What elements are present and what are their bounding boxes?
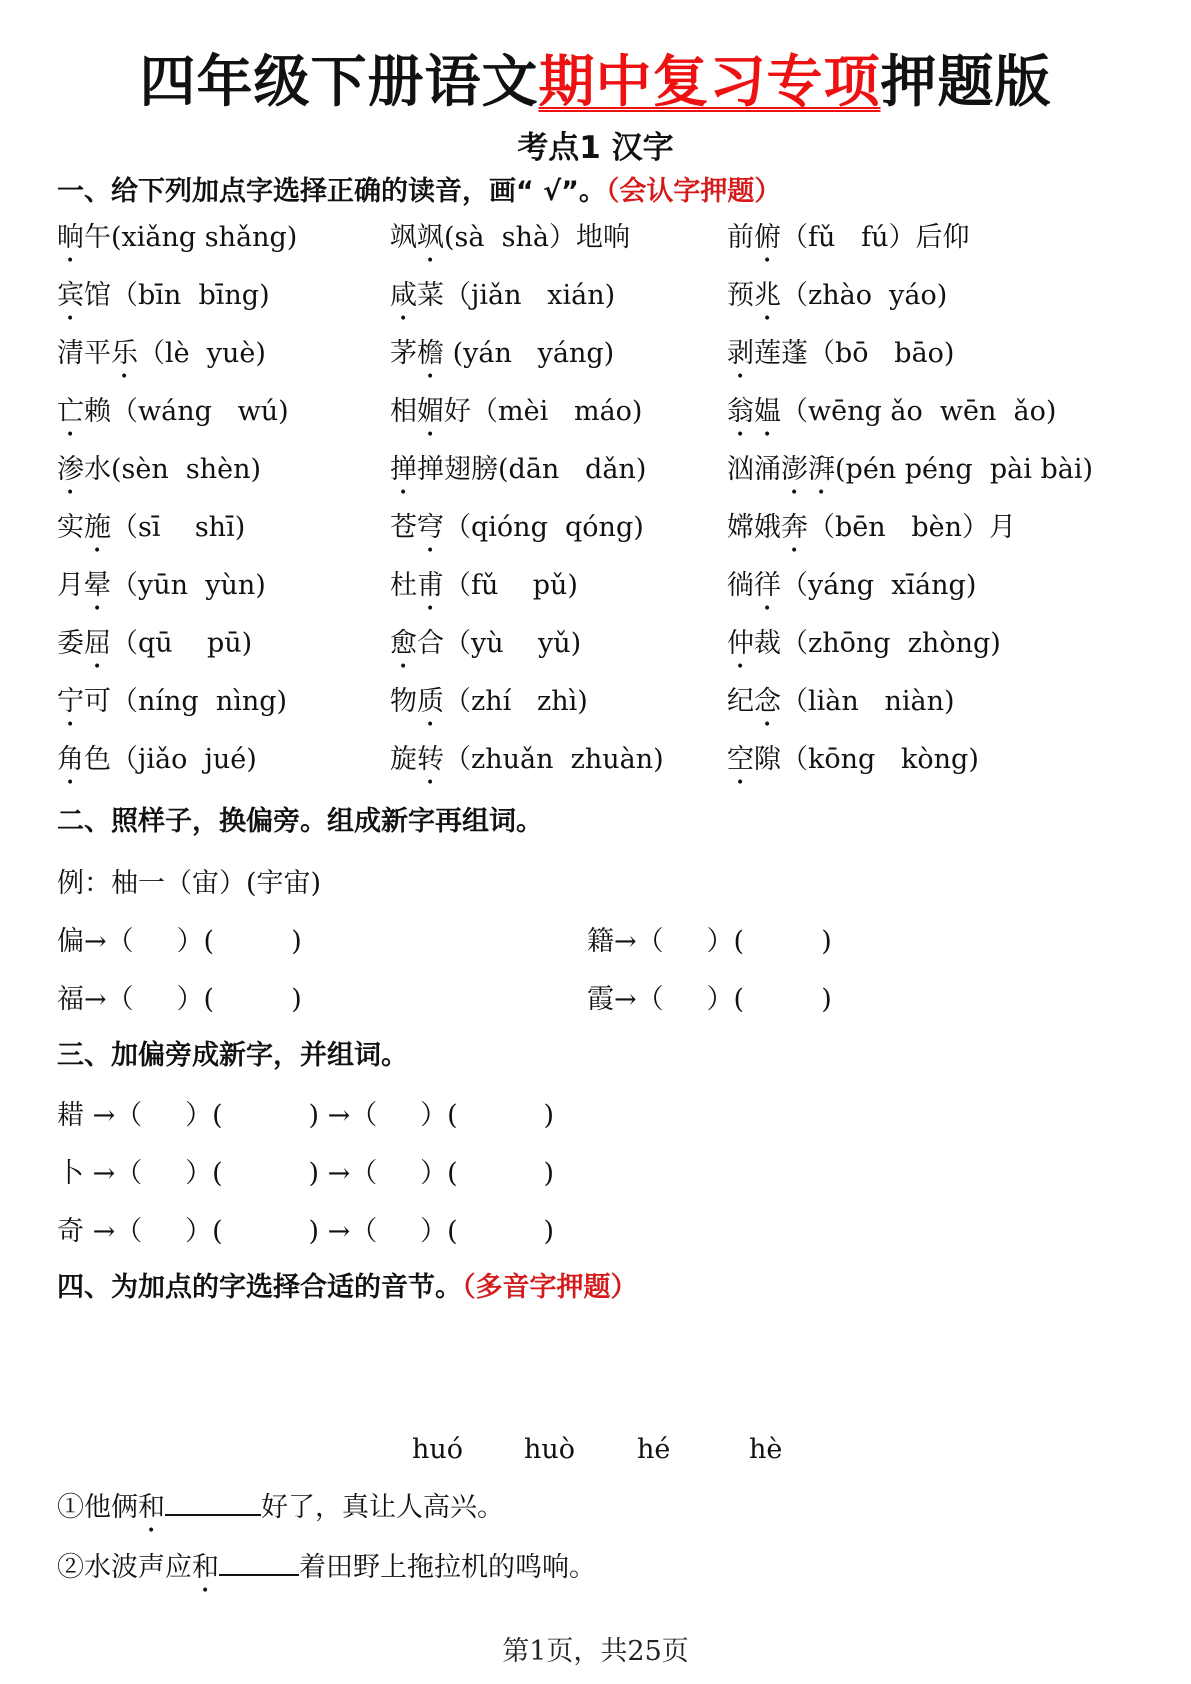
pinyin-options-text: 色（jiǎo jué) xyxy=(84,744,257,775)
pinyin-options-text: 午(xiǎng shǎng) xyxy=(84,222,297,253)
dotted-char: 愈 xyxy=(390,628,417,659)
pinyin-options-text: 隙（kōng kòng) xyxy=(754,744,979,775)
word-text: 苍 xyxy=(390,512,417,543)
section-2-heading: 二、照样子，换偏旁。组成新字再组词。 xyxy=(57,802,543,842)
pinyin-choice-item[interactable]: 宾馆（bīn bīng) xyxy=(57,270,270,327)
pinyin-choice-item[interactable]: 翁媪（wēng ǎo wēn ǎo) xyxy=(727,386,1056,443)
pinyin-choice-item[interactable]: 前俯（fǔ fú）后仰 xyxy=(727,212,970,269)
dotted-char: 翁媪 xyxy=(727,396,781,427)
pinyin-choice-item[interactable]: 宁可（níng nìng) xyxy=(57,676,287,733)
section-2-item: 霞→（ ）( ) xyxy=(587,978,832,1022)
pinyin-choice-item[interactable]: 晌午(xiǎng shǎng) xyxy=(57,212,297,269)
pinyin-options-text: （wēng ǎo wēn ǎo) xyxy=(781,396,1056,427)
answer-blank[interactable] xyxy=(219,1546,299,1576)
title-part-2: 押题版 xyxy=(881,50,1052,115)
title-part-1: 四年级下册语文 xyxy=(140,50,539,115)
sentence-text: 好了，真让人高兴。 xyxy=(261,1492,504,1523)
dotted-char: 剥 xyxy=(727,338,754,369)
pinyin-options-text: （zhuǎn zhuàn) xyxy=(444,744,664,775)
dotted-char: 施 xyxy=(84,512,111,543)
pinyin-choice-item[interactable]: 旋转（zhuǎn zhuàn) xyxy=(390,734,664,791)
pinyin-choice-item[interactable]: 空隙（kōng kòng) xyxy=(727,734,979,791)
pinyin-options-text: （qū pū) xyxy=(111,628,252,659)
pinyin-options-text: (yán yáng) xyxy=(444,338,614,369)
pinyin-choice-item[interactable]: 茅檐 (yán yáng) xyxy=(390,328,614,385)
pinyin-options-text: 掸翅膀(dān dǎn) xyxy=(417,454,646,485)
word-text: 飒 xyxy=(390,222,417,253)
pinyin-choice-item[interactable]: 相媚好（mèi máo) xyxy=(390,386,642,443)
pinyin-options-text: 裁（zhōng zhòng) xyxy=(754,628,1001,659)
dotted-char: 咸 xyxy=(390,280,417,311)
pinyin-choice-item[interactable]: 愈合（yù yǔ) xyxy=(390,618,581,675)
word-text: 徜 xyxy=(727,570,754,601)
pinyin-choice-item[interactable]: 清平乐（lè yuè) xyxy=(57,328,266,385)
pinyin-options-text: （lè yuè) xyxy=(138,338,266,369)
pinyin-options-text: 水(sèn shèn) xyxy=(84,454,261,485)
word-text: 纪 xyxy=(727,686,754,717)
word-text: 嫦娥 xyxy=(727,512,781,543)
dotted-char: 兆 xyxy=(754,280,781,311)
dotted-char: 徉 xyxy=(754,570,781,601)
pinyin-choice-item[interactable]: 角色（jiǎo jué) xyxy=(57,734,257,791)
title-highlight: 期中复习专项 xyxy=(539,50,881,115)
dotted-char: 澎湃 xyxy=(781,454,835,485)
pinyin-choice-row: 月晕（yūn yùn)杜甫（fǔ pǔ)徜徉（yáng xīáng) xyxy=(0,560,1191,612)
pinyin-choice-row: 委屈（qū pū)愈合（yù yǔ)仲裁（zhōng zhòng) xyxy=(0,618,1191,670)
sentence-2: ②水波声应和着田野上拖拉机的鸣响。 xyxy=(57,1546,596,1599)
pinyin-choice-item[interactable]: 汹涌澎湃(pén péng pài bài) xyxy=(727,444,1093,501)
section-1-heading: 一、给下列加点字选择正确的读音，画“ √”。（会认字押题） xyxy=(57,172,781,212)
pinyin-choice-item[interactable]: 纪念（liàn niàn) xyxy=(727,676,955,733)
pinyin-choice-row: 实施（sī shī)苍穹（qióng qóng)嫦娥奔（bēn bèn）月 xyxy=(0,502,1191,554)
dotted-char: 渗 xyxy=(57,454,84,485)
pinyin-options-text: 馆（bīn bīng) xyxy=(84,280,270,311)
pinyin-choice-item[interactable]: 亡赖（wáng wú) xyxy=(57,386,289,443)
section-2-item: 偏→（ ）( ) xyxy=(57,920,302,964)
word-text: 物 xyxy=(390,686,417,717)
word-text: 清平 xyxy=(57,338,111,369)
pinyin-choice-item[interactable]: 咸菜（jiǎn xián) xyxy=(390,270,615,327)
pinyin-choice-item[interactable]: 杜甫（fǔ pǔ) xyxy=(390,560,578,617)
section-3-heading: 三、加偏旁成新字，并组词。 xyxy=(57,1036,408,1076)
word-text: 汹涌 xyxy=(727,454,781,485)
answer-blank[interactable] xyxy=(165,1486,261,1516)
pinyin-choice-item[interactable]: 剥莲蓬（bō bāo) xyxy=(727,328,954,385)
word-text: 杜 xyxy=(390,570,417,601)
word-text: 茅 xyxy=(390,338,417,369)
pinyin-options-text: (sà shà）地响 xyxy=(444,222,630,253)
sentence-1: ①他俩和好了，真让人高兴。 xyxy=(57,1486,504,1539)
pinyin-options-text: 赖（wáng wú) xyxy=(84,396,289,427)
pinyin-choice-row: 晌午(xiǎng shǎng)飒飒(sà shà）地响前俯（fǔ fú）后仰 xyxy=(0,212,1191,264)
pinyin-options-text: 莲蓬（bō bāo) xyxy=(754,338,954,369)
pinyin-options-text: （yūn yùn) xyxy=(111,570,266,601)
pinyin-choice-item[interactable]: 预兆（zhào yáo) xyxy=(727,270,947,327)
word-text: 相 xyxy=(390,396,417,427)
word-text: 月 xyxy=(57,570,84,601)
pinyin-choice-item[interactable]: 渗水(sèn shèn) xyxy=(57,444,261,501)
pinyin-choice-item[interactable]: 飒飒(sà shà）地响 xyxy=(390,212,630,269)
pinyin-choice-row: 亡赖（wáng wú)相媚好（mèi máo)翁媪（wēng ǎo wēn ǎo… xyxy=(0,386,1191,438)
section-1-heading-text: 一、给下列加点字选择正确的读音，画“ √”。 xyxy=(57,176,606,207)
pinyin-choice-row: 宾馆（bīn bīng)咸菜（jiǎn xián)预兆（zhào yáo) xyxy=(0,270,1191,322)
pinyin-option: hé xyxy=(637,1430,670,1470)
pinyin-options-text: （zhí zhì) xyxy=(444,686,588,717)
sentence-number: ① xyxy=(57,1492,84,1523)
page-subtitle: 考点1 汉字 xyxy=(0,126,1191,170)
pinyin-choice-item[interactable]: 委屈（qū pū) xyxy=(57,618,252,675)
section-3-row: 奇 →（ ）( ) →（ ）( ) xyxy=(57,1210,554,1254)
pinyin-choice-row: 渗水(sèn shèn)掸掸翅膀(dān dǎn)汹涌澎湃(pén péng p… xyxy=(0,444,1191,496)
dotted-char: 飒 xyxy=(417,222,444,253)
dotted-char: 乐 xyxy=(111,338,138,369)
pinyin-options-text: （bēn bèn）月 xyxy=(808,512,1016,543)
dotted-char: 和 xyxy=(192,1552,219,1583)
dotted-char: 媚 xyxy=(417,396,444,427)
pinyin-options-text: （fǔ fú）后仰 xyxy=(781,222,970,253)
dotted-char: 掸 xyxy=(390,454,417,485)
pinyin-choice-row: 清平乐（lè yuè)茅檐 (yán yáng)剥莲蓬（bō bāo) xyxy=(0,328,1191,380)
pinyin-options-text: 合（yù yǔ) xyxy=(417,628,581,659)
dotted-char: 檐 xyxy=(417,338,444,369)
pinyin-choice-item[interactable]: 徜徉（yáng xīáng) xyxy=(727,560,976,617)
pinyin-options-text: （qióng qóng) xyxy=(444,512,644,543)
dotted-char: 质 xyxy=(417,686,444,717)
section-2-example: 例：柚一（宙）(宇宙) xyxy=(57,862,321,906)
pinyin-choice-item[interactable]: 实施（sī shī) xyxy=(57,502,245,559)
section-3-row: 卜 →（ ）( ) →（ ）( ) xyxy=(57,1152,554,1196)
dotted-char: 俯 xyxy=(754,222,781,253)
word-text: 前 xyxy=(727,222,754,253)
pinyin-option: huó xyxy=(412,1430,463,1470)
page-number: 第1页，共25页 xyxy=(0,1632,1191,1672)
pinyin-options-text: (pén péng pài bài) xyxy=(835,454,1093,485)
sentence-text: 着田野上拖拉机的鸣响。 xyxy=(299,1552,596,1583)
section-2-item: 籍→（ ）( ) xyxy=(587,920,832,964)
pinyin-options-text: （liàn niàn) xyxy=(781,686,955,717)
section-4-heading-text: 四、为加点的字选择合适的音节。 xyxy=(57,1272,462,1303)
dotted-char: 奔 xyxy=(781,512,808,543)
dotted-char: 角 xyxy=(57,744,84,775)
word-text: 旋 xyxy=(390,744,417,775)
pinyin-choice-item[interactable]: 掸掸翅膀(dān dǎn) xyxy=(390,444,646,501)
pinyin-choice-item[interactable]: 嫦娥奔（bēn bèn）月 xyxy=(727,502,1016,559)
dotted-char: 念 xyxy=(754,686,781,717)
pinyin-options-text: （sī shī) xyxy=(111,512,245,543)
section-4-tag: （多音字押题） xyxy=(462,1272,638,1303)
dotted-char: 穹 xyxy=(417,512,444,543)
dotted-char: 晌 xyxy=(57,222,84,253)
pinyin-choice-item[interactable]: 苍穹（qióng qóng) xyxy=(390,502,644,559)
dotted-char: 和 xyxy=(138,1492,165,1523)
section-1-tag: （会认字押题） xyxy=(606,176,782,207)
dotted-char: 亡 xyxy=(57,396,84,427)
sentence-text: 他俩 xyxy=(84,1492,138,1523)
pinyin-options-text: （yáng xīáng) xyxy=(781,570,976,601)
pinyin-option: huò xyxy=(524,1430,575,1470)
pinyin-choice-item[interactable]: 物质（zhí zhì) xyxy=(390,676,588,733)
pinyin-choice-item[interactable]: 月晕（yūn yùn) xyxy=(57,560,266,617)
pinyin-choice-row: 角色（jiǎo jué)旋转（zhuǎn zhuàn)空隙（kōng kòng) xyxy=(0,734,1191,786)
word-text: 实 xyxy=(57,512,84,543)
section-4-heading: 四、为加点的字选择合适的音节。（多音字押题） xyxy=(57,1268,638,1308)
pinyin-choice-row: 宁可（níng nìng)物质（zhí zhì)纪念（liàn niàn) xyxy=(0,676,1191,728)
dotted-char: 甫 xyxy=(417,570,444,601)
pinyin-options-text: 可（níng nìng) xyxy=(84,686,287,717)
dotted-char: 转 xyxy=(417,744,444,775)
section-2-item: 福→（ ）( ) xyxy=(57,978,302,1022)
word-text: 委 xyxy=(57,628,84,659)
dotted-char: 晕 xyxy=(84,570,111,601)
dotted-char: 仲 xyxy=(727,628,754,659)
pinyin-options-text: 好（mèi máo) xyxy=(444,396,642,427)
page-title: 四年级下册语文期中复习专项押题版 xyxy=(0,48,1191,118)
pinyin-options-text: （fǔ pǔ) xyxy=(444,570,578,601)
word-text: 预 xyxy=(727,280,754,311)
section-3-row: 耤 →（ ）( ) →（ ）( ) xyxy=(57,1094,554,1138)
dotted-char: 屈 xyxy=(84,628,111,659)
dotted-char: 空 xyxy=(727,744,754,775)
pinyin-options-text: 菜（jiǎn xián) xyxy=(417,280,615,311)
dotted-char: 宾 xyxy=(57,280,84,311)
dotted-char: 宁 xyxy=(57,686,84,717)
sentence-text: 水波声应 xyxy=(84,1552,192,1583)
sentence-number: ② xyxy=(57,1552,84,1583)
pinyin-options-text: （zhào yáo) xyxy=(781,280,947,311)
pinyin-option: hè xyxy=(749,1430,782,1470)
pinyin-choice-item[interactable]: 仲裁（zhōng zhòng) xyxy=(727,618,1001,675)
